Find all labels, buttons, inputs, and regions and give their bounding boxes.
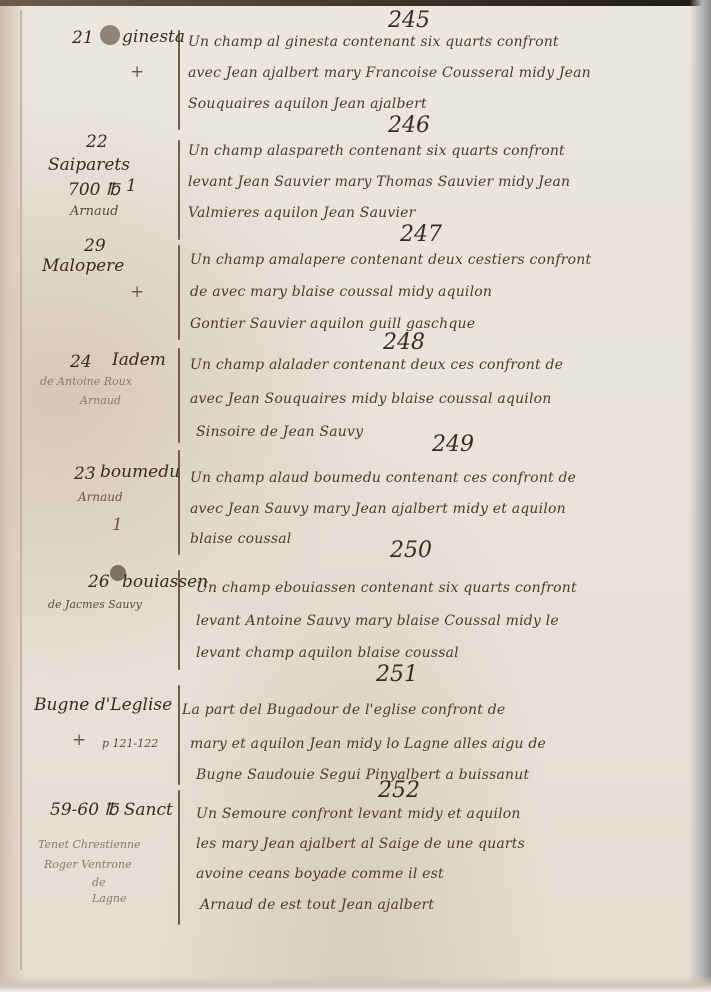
entry-bracket bbox=[178, 348, 180, 443]
entry-line: Bugne Saudouie Segui Pinyalbert a buissa… bbox=[196, 767, 529, 783]
page-top-edge bbox=[0, 0, 711, 6]
place-name: boumedu bbox=[100, 462, 180, 482]
entry-line: Un champ alaud boumedu contenant ces con… bbox=[190, 470, 576, 486]
entry-number: 249 bbox=[432, 432, 474, 457]
entry-line: Arnaud de est tout Jean ajalbert bbox=[200, 897, 434, 913]
entry-line: Un champ amalapere contenant deux cestie… bbox=[190, 252, 591, 268]
page-reference: p 121-122 bbox=[102, 737, 158, 750]
entry-number: 250 bbox=[390, 538, 432, 563]
entry-line: Un champ alaspareth contenant six quarts… bbox=[188, 143, 565, 159]
cross-mark: + bbox=[130, 282, 144, 302]
place-name: Malopere bbox=[42, 256, 124, 276]
entry-number: 251 bbox=[376, 662, 418, 687]
entry-bracket bbox=[178, 140, 180, 240]
entry-bracket bbox=[178, 685, 180, 785]
margin-note: Roger Ventrone bbox=[44, 858, 132, 871]
margin-note: de bbox=[92, 876, 106, 889]
entry-line: mary et aquilon Jean midy lo Lagne alles… bbox=[190, 736, 546, 752]
entry-bracket bbox=[178, 245, 180, 340]
margin-note: Arnaud bbox=[78, 490, 123, 504]
margin-note: Lagne bbox=[92, 892, 127, 905]
parcel-number: 21 bbox=[72, 28, 94, 48]
parcel-number: 26 bbox=[88, 572, 110, 592]
entry-number: 246 bbox=[388, 113, 430, 138]
mark: 1 bbox=[126, 176, 137, 196]
entry-line: les mary Jean ajalbert al Saige de une q… bbox=[196, 836, 525, 852]
place-name: Bugne d'Leglise bbox=[34, 695, 172, 715]
entry-line: avoine ceans boyade comme il est bbox=[196, 866, 444, 882]
entry-line: Souquaires aquilon Jean ajalbert bbox=[188, 96, 427, 112]
entry-line: avec Jean Souquaires midy blaise coussal… bbox=[190, 391, 552, 407]
entry-bracket bbox=[178, 790, 180, 925]
entry-line: Gontier Sauvier aquilon guill gaschque bbox=[190, 316, 475, 332]
parcel-number: 24 bbox=[70, 352, 92, 372]
parcel-number: 23 bbox=[74, 464, 96, 484]
cross-mark: + bbox=[72, 730, 86, 750]
parcel-number: 22 bbox=[86, 132, 108, 152]
entry-line: Un champ al ginesta contenant six quarts… bbox=[188, 34, 559, 50]
place-name: Iadem bbox=[112, 350, 166, 370]
ink-blot bbox=[100, 25, 120, 45]
entry-line: blaise coussal bbox=[190, 531, 291, 547]
margin-note: de Antoine Roux bbox=[40, 375, 132, 388]
binding-fold bbox=[20, 10, 22, 970]
entry-number: 247 bbox=[400, 222, 442, 247]
entry-line: levant Jean Sauvier mary Thomas Sauvier … bbox=[188, 174, 570, 190]
entry-line: Un champ alalader contenant deux ces con… bbox=[190, 357, 563, 373]
page-right-shadow bbox=[689, 0, 711, 992]
margin-note: Arnaud bbox=[70, 204, 118, 219]
entry-line: levant Antoine Sauvy mary blaise Coussal… bbox=[196, 613, 559, 629]
entry-number: 245 bbox=[388, 8, 430, 33]
manuscript-page: 21 ginesta + 245 Un champ al ginesta con… bbox=[0, 0, 711, 992]
cross-mark: + bbox=[130, 62, 144, 82]
mark: 1 bbox=[112, 515, 123, 535]
amount: 700 ℔ bbox=[68, 180, 120, 200]
entry-line: Un Semoure confront levant midy et aquil… bbox=[196, 806, 521, 822]
margin-note: de Jacmes Sauvy bbox=[48, 598, 142, 611]
parcel-number: 29 bbox=[84, 236, 106, 256]
entry-line: levant champ aquilon blaise coussal bbox=[196, 645, 459, 661]
margin-note: Tenet Chrestienne bbox=[38, 838, 141, 851]
entry-line: Valmieres aquilon Jean Sauvier bbox=[188, 205, 416, 221]
entry-number: 252 bbox=[378, 778, 420, 803]
entry-line: de avec mary blaise coussal midy aquilon bbox=[190, 284, 492, 300]
place-name: ginesta bbox=[122, 27, 185, 47]
place-name: 59-60 ℔ Sanct bbox=[50, 800, 173, 820]
entry-line: avec Jean ajalbert mary Francoise Cousse… bbox=[188, 65, 591, 81]
entry-number: 248 bbox=[383, 330, 425, 355]
entry-line: La part del Bugadour de l'eglise confron… bbox=[182, 702, 505, 718]
page-bottom-edge bbox=[0, 976, 711, 992]
place-name: Saiparets bbox=[48, 155, 130, 175]
entry-line: Un champ ebouiassen contenant six quarts… bbox=[196, 580, 577, 596]
page-binding bbox=[0, 0, 26, 992]
entry-line: avec Jean Sauvy mary Jean ajalbert midy … bbox=[190, 501, 566, 517]
margin-note: Arnaud bbox=[80, 394, 121, 407]
entry-line: Sinsoire de Jean Sauvy bbox=[196, 424, 363, 440]
